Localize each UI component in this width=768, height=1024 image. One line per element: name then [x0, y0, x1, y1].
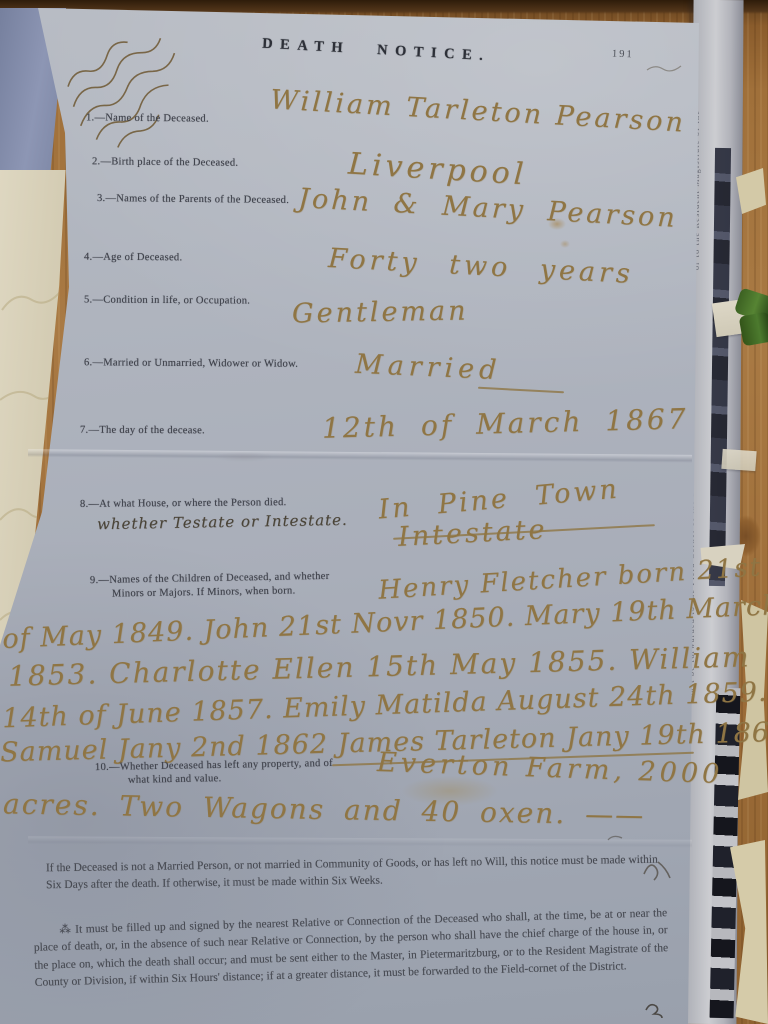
field-3-label: 3.—Names of the Parents of the Deceased. [97, 193, 289, 206]
field-8-label: 8.—At what House, or where the Person di… [80, 497, 287, 510]
field-7-label: 7.—The day of the decease. [80, 425, 205, 437]
screenshot-root: { "header": { "title": "DEATH NOTICE.", … [0, 0, 768, 1024]
field-5-label: 5.—Condition in life, or Occupation. [84, 294, 250, 306]
footnote-paragraph-2-text: It must be filled up and signed by the n… [34, 907, 669, 989]
field-5-value: Gentleman [292, 295, 469, 329]
field-6-value: Married [354, 349, 502, 386]
field-2-label: 2.—Birth place of the Deceased. [92, 156, 238, 169]
field-10-label2: what kind and value. [128, 773, 222, 786]
tape-piece [721, 449, 756, 471]
asterism-mark: ⁂ [59, 922, 72, 936]
page-number: 191 [612, 49, 634, 61]
green-ribbon [739, 312, 768, 347]
field-1-label: 1.—Name of the Deceased. [86, 112, 209, 124]
field-4-label: 4.—Age of Deceased. [84, 252, 182, 264]
field-6-label: 6.—Married or Unmarried, Widower or Wido… [84, 357, 298, 369]
